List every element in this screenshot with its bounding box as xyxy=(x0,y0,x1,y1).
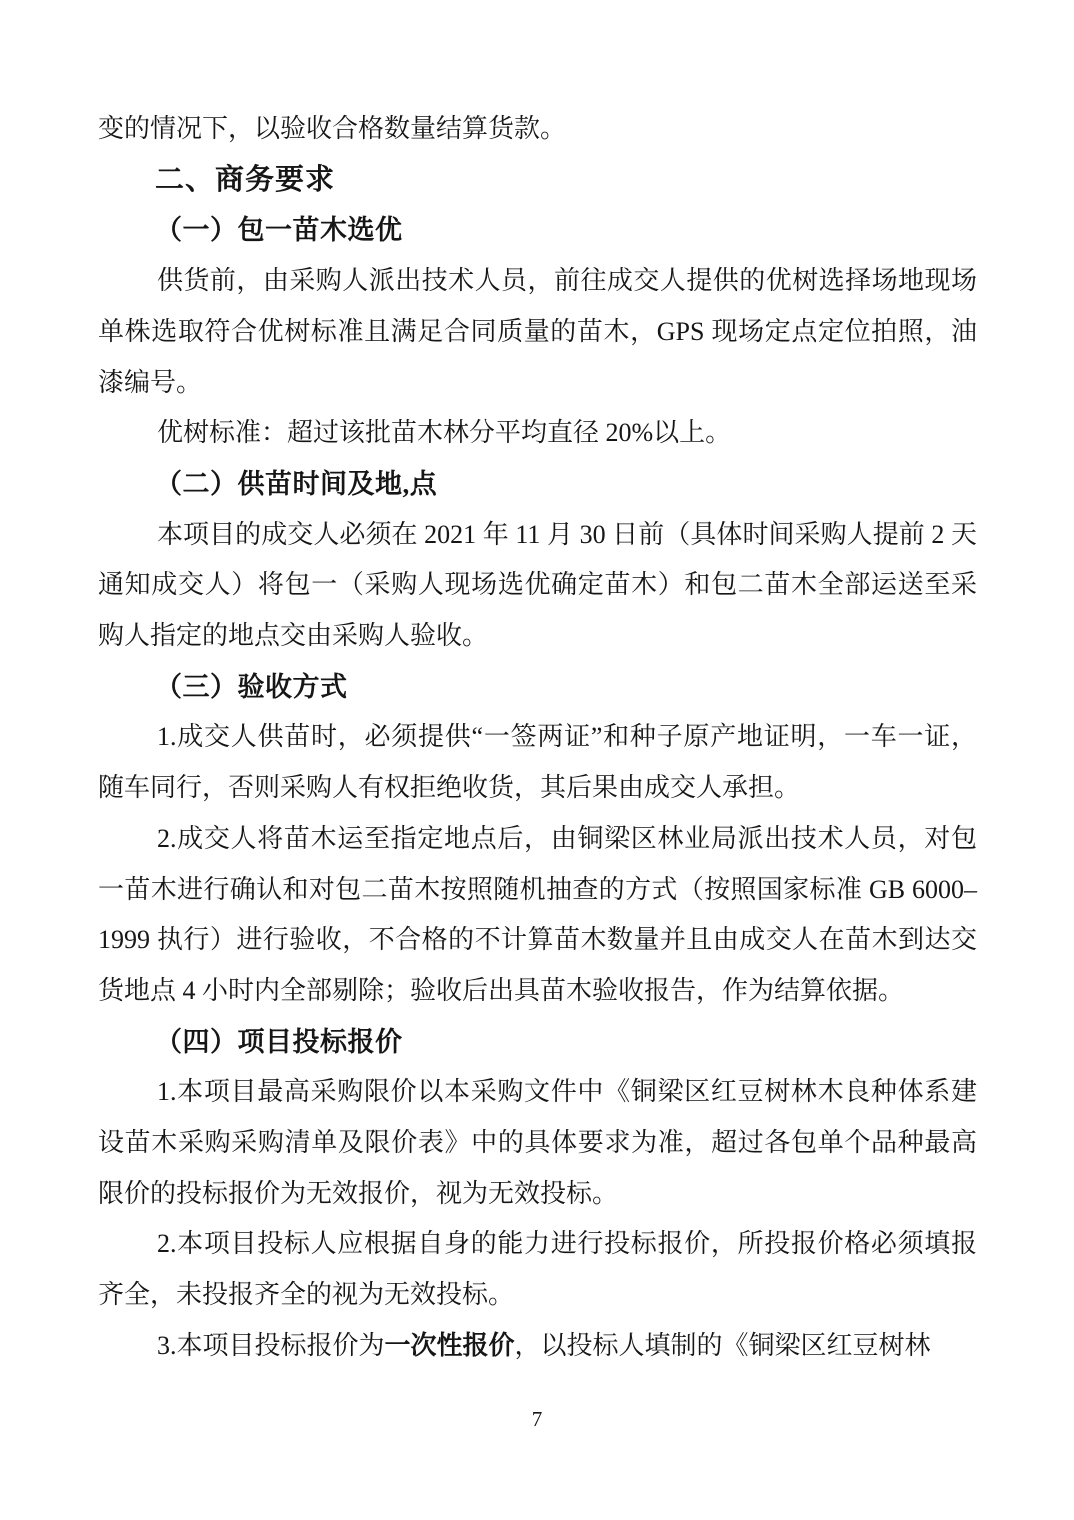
section-3-title: （三）验收方式 xyxy=(98,662,977,713)
section-4-paragraph-1: 1.本项目最高采购限价以本采购文件中《铜梁区红豆树林木良种体系建设苗木采购采购清… xyxy=(98,1067,977,1219)
section-3-paragraph-1: 1.成交人供苗时，必须提供“一签两证”和种子原产地证明，一车一证，随车同行，否则… xyxy=(98,712,977,813)
document-page: 变的情况下，以验收合格数量结算货款。 二、商务要求 （一）包一苗木选优 供货前，… xyxy=(0,0,1074,1520)
paragraph-text-normal: ，以投标人填制的《铜梁区红豆树林 xyxy=(515,1331,931,1360)
section-4-paragraph-2: 2.本项目投标人应根据自身的能力进行投标报价，所投报价格必须填报齐全，未投报齐全… xyxy=(98,1219,977,1320)
paragraph-text-normal: 3.本项目投标报价为 xyxy=(157,1331,385,1360)
paragraph-text-bold: 一次性报价 xyxy=(385,1331,515,1360)
chapter-heading: 二、商务要求 xyxy=(98,155,977,206)
section-2-title: （二）供苗时间及地,点 xyxy=(98,459,977,510)
section-4-title: （四）项目投标报价 xyxy=(98,1017,977,1068)
section-1-title: （一）包一苗木选优 xyxy=(98,205,977,256)
continuation-paragraph: 变的情况下，以验收合格数量结算货款。 xyxy=(98,104,977,155)
document-content: 变的情况下，以验收合格数量结算货款。 二、商务要求 （一）包一苗木选优 供货前，… xyxy=(98,104,977,1372)
section-4-paragraph-3: 3.本项目投标报价为一次性报价，以投标人填制的《铜梁区红豆树林 xyxy=(98,1321,977,1372)
section-3-paragraph-2: 2.成交人将苗木运至指定地点后，由铜梁区林业局派出技术人员，对包一苗木进行确认和… xyxy=(98,814,977,1017)
section-1-paragraph-1: 供货前，由采购人派出技术人员，前往成交人提供的优树选择场地现场单株选取符合优树标… xyxy=(98,256,977,408)
page-number: 7 xyxy=(0,1404,1074,1434)
section-2-paragraph-1: 本项目的成交人必须在 2021 年 11 月 30 日前（具体时间采购人提前 2… xyxy=(98,510,977,662)
section-1-paragraph-2: 优树标准：超过该批苗木林分平均直径 20%以上。 xyxy=(98,408,977,459)
